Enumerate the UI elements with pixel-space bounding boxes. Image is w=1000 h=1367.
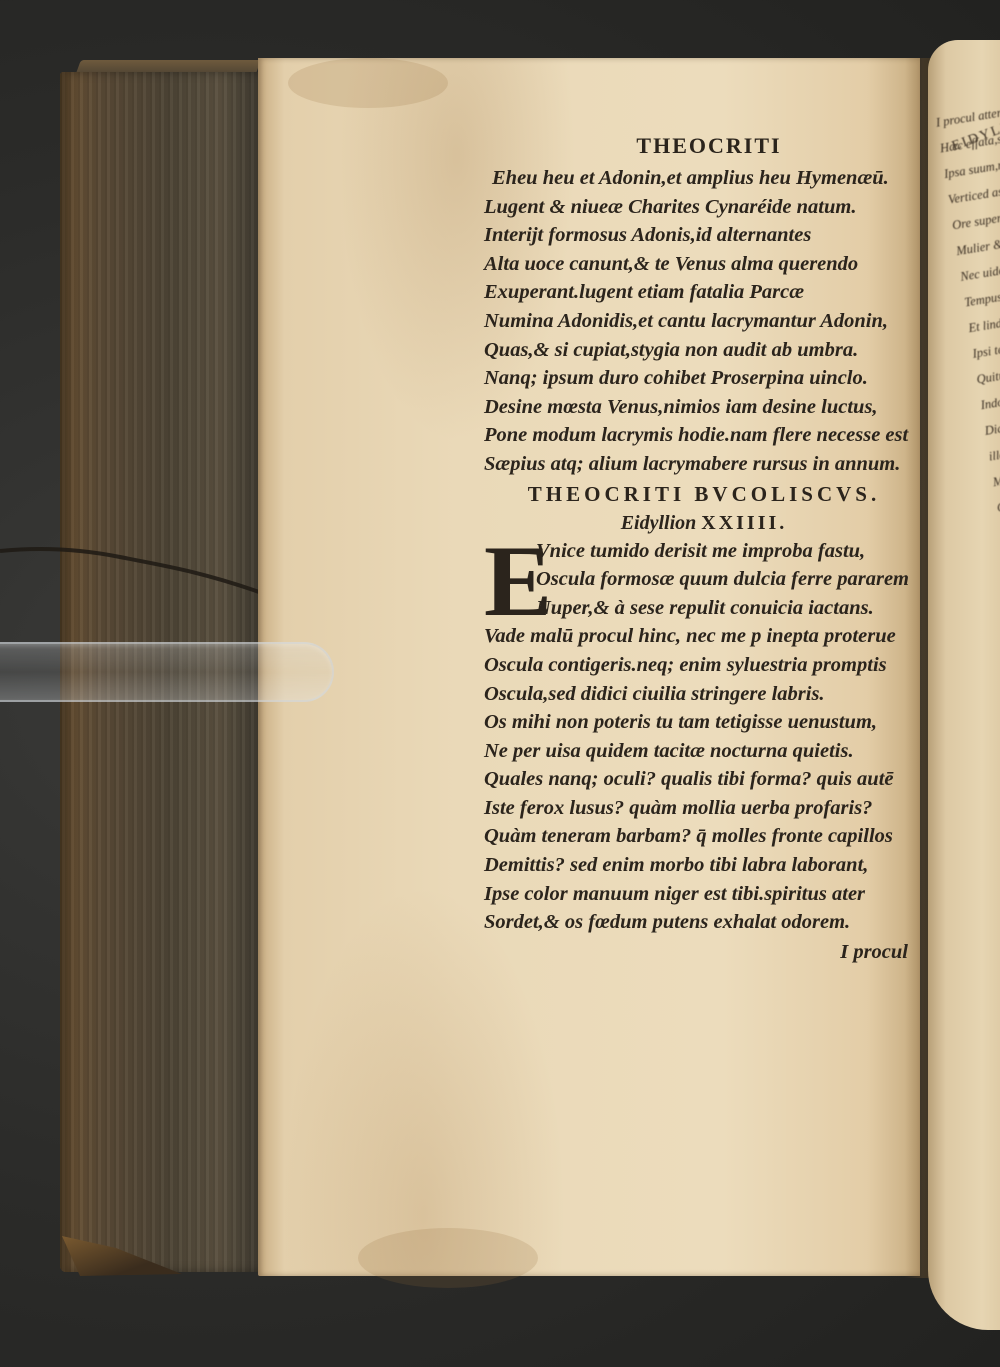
verse-line: Exuperant.lugent etiam fatalia Parcæ — [484, 278, 914, 307]
running-head: THEOCRITI — [504, 128, 914, 164]
verse-line: Ipse color manuum niger est tibi.spiritu… — [484, 880, 914, 909]
verse-line: Pone modum lacrymis hodie.nam flere nece… — [484, 421, 914, 450]
verse-line: Iste ferox lusus? quàm mollia uerba prof… — [484, 794, 914, 823]
left-page-text: THEOCRITI Eheu heu et Adonin,et amplius … — [484, 128, 914, 967]
section-title: THEOCRITI BVCOLISCVS. — [494, 479, 914, 509]
verse-line: Interijt formosus Adonis,id alternantes — [484, 221, 914, 250]
verse-line: Ne per uisa quidem tacitæ nocturna quiet… — [484, 737, 914, 766]
verse-line: Os mihi non poteris tu tam tetigisse uen… — [484, 708, 914, 737]
shadow-crack-line — [0, 545, 265, 595]
verse-line: Nanq; ipsum duro cohibet Proserpina uinc… — [484, 364, 914, 393]
verse-line: Sordet,& os fœdum putens exhalat odorem. — [484, 908, 914, 937]
verse-line: Quas,& si cupiat,stygia non audit ab umb… — [484, 336, 914, 365]
verse-line: Oscula,sed didici ciuilia stringere labr… — [484, 680, 914, 709]
drop-cap-initial: E — [484, 541, 552, 623]
idyll-number: XXIIII. — [701, 512, 787, 534]
clear-plastic-page-marker — [0, 642, 334, 702]
water-stain — [288, 58, 448, 108]
verse-line: Oscula contigeris.neq; enim syluestria p… — [484, 651, 914, 680]
verse-line: Alta uoce canunt,& te Venus alma querend… — [484, 250, 914, 279]
idyll-heading: Eidyllion XXIIII. — [494, 509, 914, 537]
verse-line: Lugent & niueæ Charites Cynaréide natum. — [484, 193, 914, 222]
dropcap-paragraph: E Vnice tumido derisit me improba fastu,… — [484, 537, 914, 623]
verse-line: Quales nanq; oculi? qualis tibi forma? q… — [484, 765, 914, 794]
verse-line: Sæpius atq; alium lacrymabere rursus in … — [484, 450, 914, 479]
verse-line: Numina Adonidis,et cantu lacrymantur Ado… — [484, 307, 914, 336]
verse-line: Eheu heu et Adonin,et amplius heu Hymenæ… — [484, 164, 914, 193]
catchword: I procul — [484, 937, 914, 967]
verse-line: Demittis? sed enim morbo tibi labra labo… — [484, 851, 914, 880]
idyll-label: Eidyllion — [621, 512, 697, 534]
verse-line: Desine mœsta Venus,nimios iam desine luc… — [484, 393, 914, 422]
right-page: EIDYLLIO I procul atteris me ne fa Hæc e… — [928, 40, 1000, 1330]
right-page-text: I procul atteris me ne fa Hæc effata,sim… — [934, 79, 1000, 804]
verse-line: Quàm teneram barbam? q̄ molles fronte ca… — [484, 822, 914, 851]
water-stain — [358, 1228, 538, 1288]
